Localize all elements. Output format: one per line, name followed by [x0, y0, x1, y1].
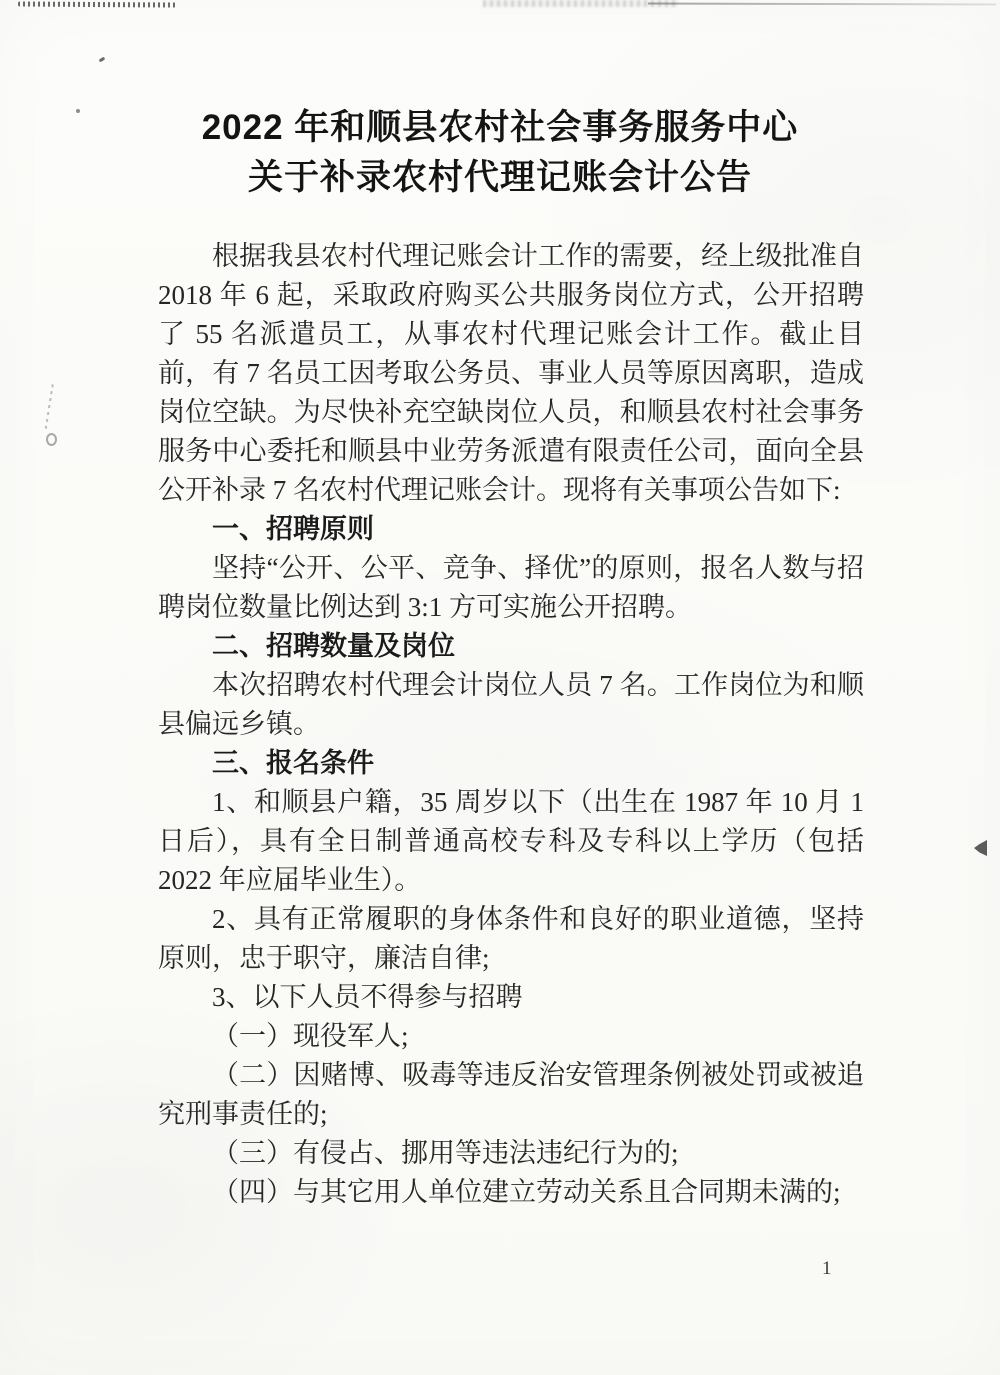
- scanned-document-page: 2022 年和顺县农村社会事务服务中心 关于补录农村代理记账会计公告 根据我县农…: [0, 0, 1000, 1375]
- paragraph-principles: 坚持“公开、公平、竞争、择优”的原则，报名人数与招聘岗位数量比例达到 3:1 方…: [158, 549, 864, 627]
- document-title-line-1: 2022 年和顺县农村社会事务服务中心: [0, 103, 1000, 153]
- scan-artifact-right-blob: [974, 840, 987, 856]
- scan-artifact-top-line: [648, 3, 996, 6]
- heading-section-3-conditions: 三、报名条件: [158, 744, 864, 783]
- document-body: 根据我县农村代理记账会计工作的需要，经上级批准自 2018 年 6 起，采取政府…: [158, 237, 864, 1212]
- paragraph-condition-1: 1、和顺县户籍，35 周岁以下（出生在 1987 年 10 月 1 日后），具有…: [158, 783, 864, 900]
- paragraph-condition-2: 2、具有正常履职的身体条件和良好的职业道德，坚持原则，忠于职守，廉洁自律;: [158, 900, 864, 978]
- paragraph-condition-3-item-2: （二）因赌博、吸毒等违反治安管理条例被处罚或被追究刑事责任的;: [158, 1056, 864, 1134]
- paragraph-quantity: 本次招聘农村代理会计岗位人员 7 名。工作岗位为和顺县偏远乡镇。: [158, 666, 864, 744]
- paragraph-condition-3-item-4: （四）与其它用人单位建立劳动关系且合同期未满的;: [158, 1173, 864, 1212]
- paragraph-condition-3-item-3: （三）有侵占、挪用等违法违纪行为的;: [158, 1134, 864, 1173]
- paragraph-condition-3-item-1: （一）现役军人;: [158, 1017, 864, 1056]
- heading-section-2-quantity: 二、招聘数量及岗位: [158, 627, 864, 666]
- document-title-line-2: 关于补录农村代理记账会计公告: [0, 153, 1000, 203]
- scan-artifact-top-speckle: [18, 1, 176, 7]
- scan-speck: [99, 57, 106, 63]
- paragraph-intro: 根据我县农村代理记账会计工作的需要，经上级批准自 2018 年 6 起，采取政府…: [158, 237, 864, 510]
- scan-artifact-ring: [46, 433, 57, 446]
- document-title: 2022 年和顺县农村社会事务服务中心 关于补录农村代理记账会计公告: [0, 103, 1000, 203]
- paragraph-condition-3: 3、以下人员不得参与招聘: [158, 978, 864, 1017]
- page-number: 1: [822, 1258, 832, 1280]
- scan-artifact-top-smudge: [483, 0, 678, 7]
- heading-section-1-principles: 一、招聘原则: [158, 510, 864, 549]
- scan-artifact-dotted-line: [44, 384, 53, 432]
